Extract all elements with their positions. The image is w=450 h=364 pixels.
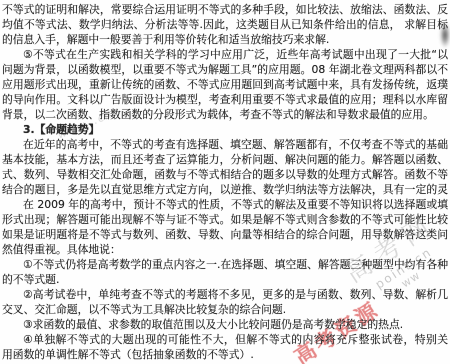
scan-smudge — [440, 22, 450, 48]
text-line: 的信息入手，解题中一般要善于利用等价转化和适当放缩技巧来求解. — [2, 32, 448, 47]
section-heading: 3.【命题趋势】 — [2, 122, 448, 137]
text-line: 应用题形式出现，重新让传统的函数、不等式应用题回到高考试题中来，具有发扬传统，返… — [2, 77, 448, 92]
text-line: ①不等式仍将是高考数学的重点内容之一.在选择题、填空题、解答题三种题型中均有各种… — [2, 257, 448, 272]
text-line: 然值得重视。具体地说： — [2, 242, 448, 257]
text-line: ④单独解不等式的大题出现的可能性不大，但解不等式的内容将充斥整张试卷，特别关注：… — [2, 332, 448, 347]
text-line: 的不等式题. — [2, 272, 448, 287]
document-text: 不等式的证明和解决，常要综合运用证明不等式的多种手段，如比较法、放缩法、函数法、… — [2, 2, 448, 362]
text-line: 结合的题目，多是先以直觉思维方式定方向，以逆推、数学归纳法等方法解决，具有一定的… — [2, 182, 448, 197]
text-line: 不等式的证明和解决，常要综合运用证明不等式的多种手段，如比较法、放缩法、函数法、… — [2, 2, 448, 17]
text-line: 在近年的高考中，不等式的考查有选择题、填空题、解答题都有，不仅考查不等式的基础知… — [2, 137, 448, 152]
text-line: 形式出现；解答题可能出现解不等与证不等式。如果是解不等式则含参数的不等式可能性比… — [2, 212, 448, 227]
text-line: 用函数的单调性解不等式（包括抽象函数的不等式）. — [2, 347, 448, 362]
text-line: 式、数列、导数相交汇处命题，函数与不等式相结合的题多以导数的处理方式解答。函数不… — [2, 167, 448, 182]
text-line: 基本技能，基本方法，而且还考查了运算能力，分析问题、解决问题的能力。解答题以函数… — [2, 152, 448, 167]
text-line: ②高考试卷中，单纯考查不等式的考题将不多见，更多的是与函数、数列、导数、解析几何… — [2, 287, 448, 302]
text-line: ③求函数的最值、求参数的取值范围以及大小比较问题仍是高考数学稳定的热点. — [2, 317, 448, 332]
text-line: 在 2009 年的高考中，预计不等式的性质，不等式的解法及重要不等知识将以选择题… — [2, 197, 448, 212]
text-line: 交叉、交汇命题，以不等式为工具解决比较复杂的综合问题. — [2, 302, 448, 317]
scanned-document-page: www...cn 高考网 point.cn ww 高考资源 不等式的证明和解决，… — [0, 0, 450, 364]
text-line: 问题为背景，以函数模型，以重要不等式为解题工具”的应用题。08 年湖北卷文理两科… — [2, 62, 448, 77]
text-line: 背景，以二次函数、指数函数的分段形式为载体，考查不等式的解法和导数求最值的应用。 — [2, 107, 448, 122]
text-line: 如果是证明题将是不等式与数列、函数、导数、向量等相结合的综合问题，用导数解答这类… — [2, 227, 448, 242]
text-line: 的导向作用。文科以广告版面设计为模型，考查利用重要不等式求最值的应用；理科以水库… — [2, 92, 448, 107]
text-line: 均值不等式法、数学归纳法、分析法等等.因此，这类题目从已知条件给出的信息， 求解… — [2, 17, 448, 32]
text-line: ⑤不等式在生产实践和相关学科的学习中应用广泛，近些年高考试题中出现了一大批“以实… — [2, 47, 448, 62]
